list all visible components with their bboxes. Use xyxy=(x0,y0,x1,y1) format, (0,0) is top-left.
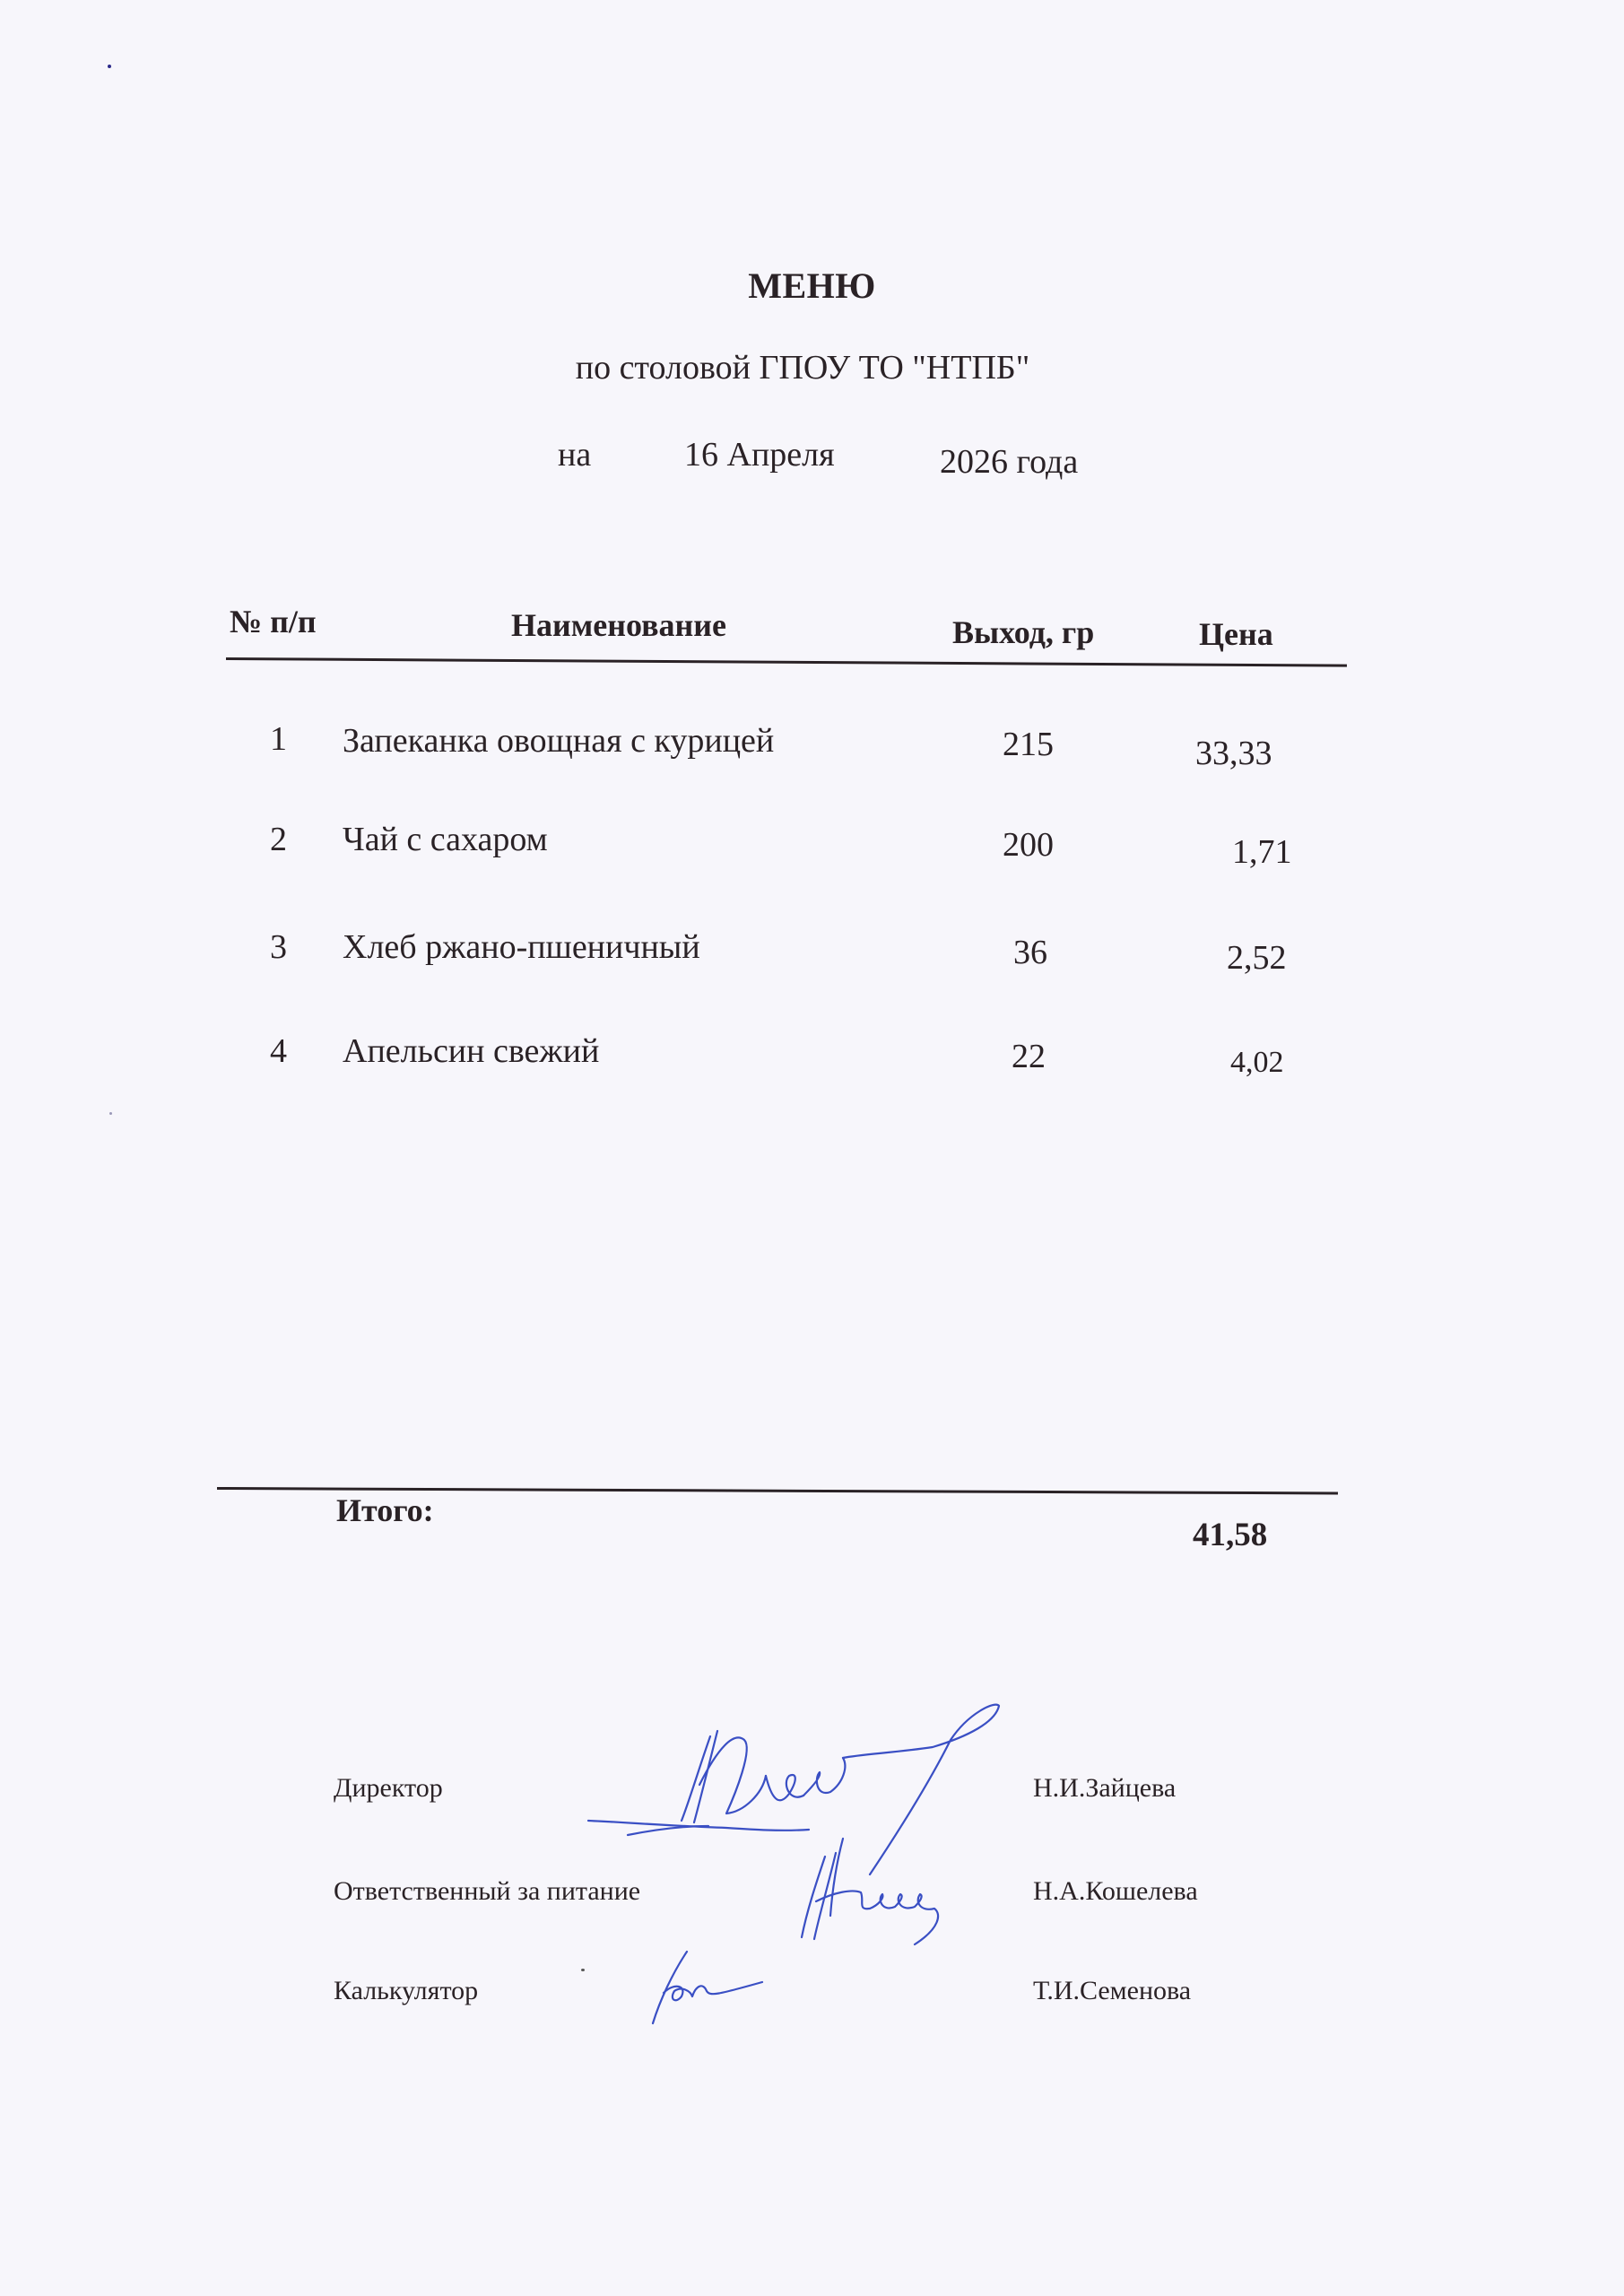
row-price: 33,33 xyxy=(1195,734,1272,773)
date-prefix: на xyxy=(558,435,591,474)
total-value: 41,58 xyxy=(1193,1516,1267,1554)
row-number: 4 xyxy=(233,1031,287,1071)
nutrition-signature-icon xyxy=(789,1830,968,1946)
row-name: Апельсин свежий xyxy=(343,1031,599,1071)
signature-role-director: Директор xyxy=(334,1773,443,1804)
calculator-signature-icon xyxy=(628,1946,780,2027)
header-price: Цена xyxy=(1199,615,1273,653)
row-price: 4,02 xyxy=(1230,1046,1284,1080)
signature-role-calculator: Калькулятор xyxy=(334,1976,478,2006)
row-price: 2,52 xyxy=(1227,938,1287,978)
row-number: 1 xyxy=(233,719,287,759)
header-name: Наименование xyxy=(511,606,726,644)
row-number: 2 xyxy=(233,820,287,859)
row-price: 1,71 xyxy=(1232,832,1292,872)
row-yield: 200 xyxy=(1003,825,1054,865)
row-name: Чай с сахаром xyxy=(343,820,548,859)
date-year: 2026 года xyxy=(940,442,1078,482)
document-title: МЕНЮ xyxy=(0,265,1624,307)
total-label: Итого: xyxy=(336,1492,434,1529)
signature-name-nutrition: Н.А.Кошелева xyxy=(1033,1876,1198,1907)
date-day-month: 16 Апреля xyxy=(684,435,835,474)
row-name: Запеканка овощная с курицей xyxy=(343,721,774,761)
signature-role-nutrition: Ответственный за питание xyxy=(334,1876,640,1907)
scan-speck xyxy=(109,1112,112,1115)
header-divider xyxy=(226,657,1347,667)
row-name: Хлеб ржано-пшеничный xyxy=(343,927,700,967)
row-yield: 215 xyxy=(1003,725,1054,764)
scan-speck xyxy=(108,65,111,68)
document-subtitle: по столовой ГПОУ ТО "НТПБ" xyxy=(0,348,1605,387)
signature-name-director: Н.И.Зайцева xyxy=(1033,1773,1176,1804)
header-yield: Выход, гр xyxy=(952,613,1094,651)
scan-speck xyxy=(581,1969,585,1971)
header-number: № п/п xyxy=(230,603,317,640)
signature-name-calculator: Т.И.Семенова xyxy=(1033,1976,1191,2006)
row-yield: 22 xyxy=(1012,1037,1046,1076)
row-number: 3 xyxy=(233,927,287,967)
row-yield: 36 xyxy=(1013,933,1047,972)
